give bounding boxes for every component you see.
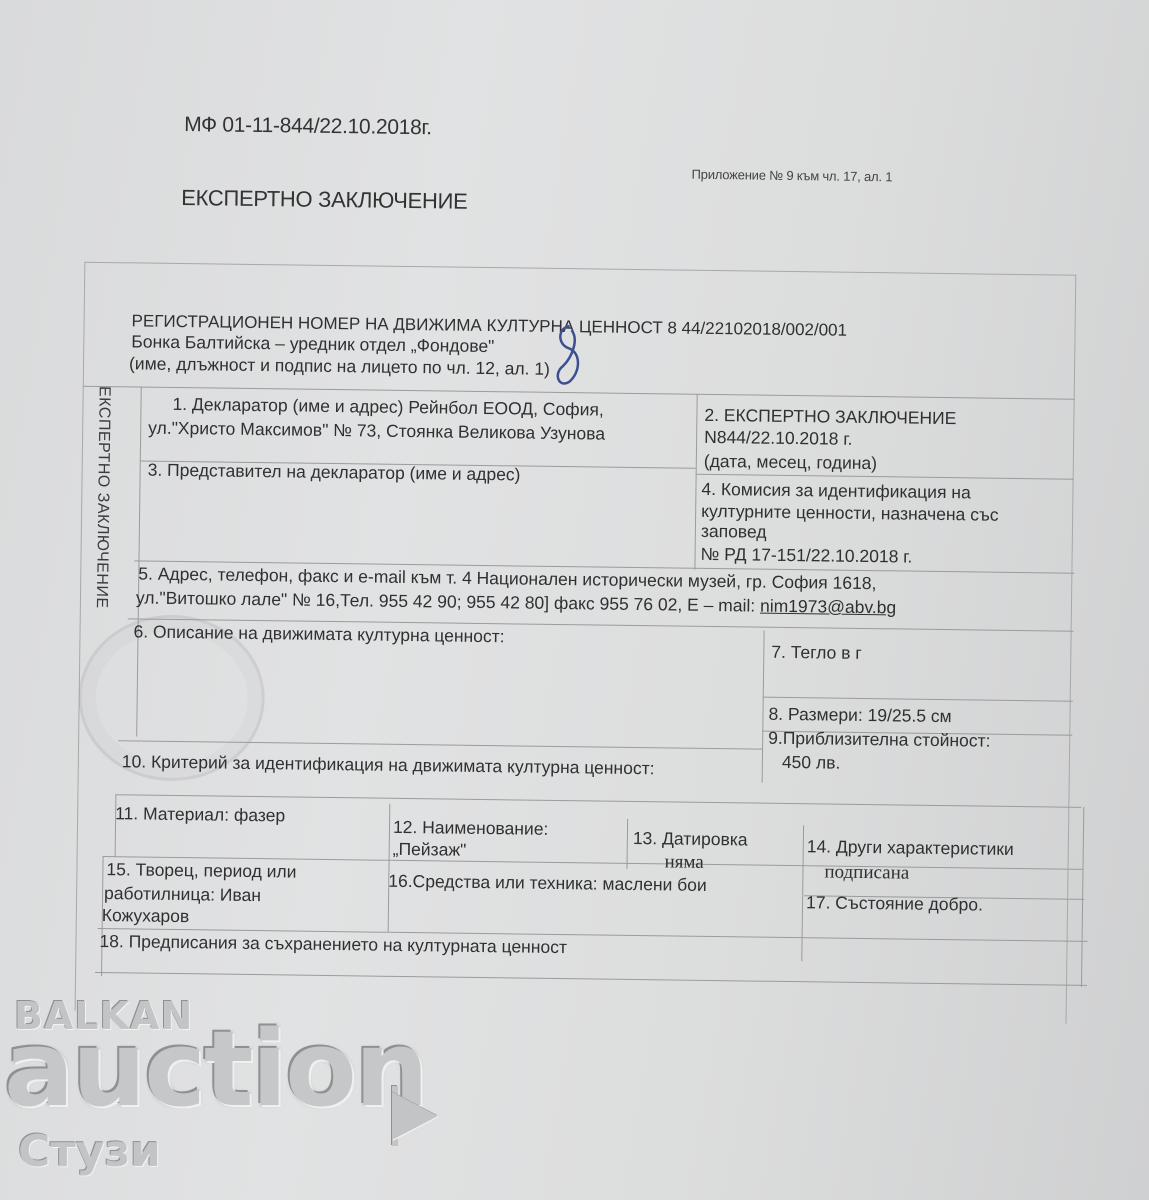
field-15-creator-line3: Кожухаров <box>102 904 190 927</box>
field-17-condition: 17. Състояние добро. <box>806 891 983 915</box>
field-13-dating: няма <box>664 851 704 874</box>
field-9-approx-value-label: 9.Приблизителна стойност: <box>768 727 991 752</box>
field-2-hint: (дата, месец, година) <box>704 450 877 474</box>
watermark-play-icon <box>392 1092 438 1140</box>
field-4-order-number: № РД 17-151/22.10.2018 г. <box>700 543 912 568</box>
field-13-dating-label: 13. Датировка <box>633 827 748 850</box>
document-heading: ЕКСПЕРТНО ЗАКЛЮЧЕНИЕ <box>181 185 468 215</box>
field-12-title: „Пейзаж" <box>393 838 467 861</box>
document-reference-number: МФ 01-11-844/22.10.2018г. <box>184 113 432 140</box>
handwritten-mark-icon <box>551 322 586 388</box>
field-15-creator-line1: 15. Творец, период или <box>106 858 296 882</box>
field-9-approx-value: 450 лв. <box>782 751 841 774</box>
field-7-weight: 7. Тегло в г <box>771 641 862 664</box>
field-12-title-label: 12. Наименование: <box>393 816 549 840</box>
divider <box>1081 807 1084 987</box>
watermark-seller-name: Стузи <box>18 1126 161 1177</box>
watermark-brand-main: auction <box>4 1008 427 1130</box>
field-8-dimensions: 8. Размери: 19/25.5 см <box>768 703 951 727</box>
field-4-commission-line3: заповед <box>701 520 767 543</box>
vertical-side-title: ЕКСПЕРТНО ЗАКЛЮЧЕНИЕ <box>85 386 112 648</box>
field-14-other: подписана <box>824 861 909 884</box>
field-2-number-date: N844/22.10.2018 г. <box>704 426 853 450</box>
email-link[interactable]: nim1973@abv.bg <box>760 596 896 618</box>
field-15-creator-line2: работилница: Иван <box>104 882 261 906</box>
field-11-material: 11. Материал: фазер <box>115 802 285 826</box>
field-16-technique: 16.Средства или техника: маслени бои <box>388 870 707 896</box>
field-14-other-label: 14. Други характеристики <box>807 835 1014 860</box>
annex-reference: Приложение № 9 към чл. 17, ал. 1 <box>691 167 892 185</box>
